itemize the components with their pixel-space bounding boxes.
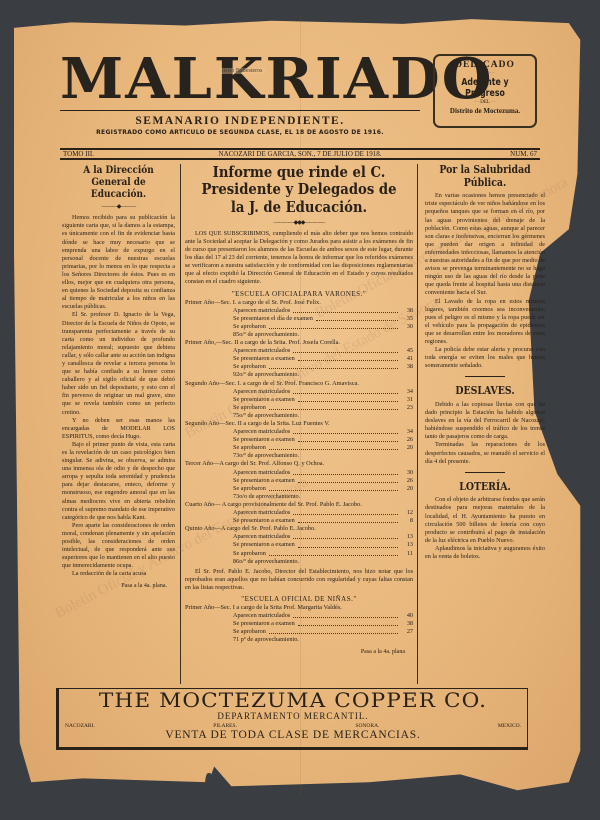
result-value: 30	[401, 323, 413, 331]
result-value: 20	[401, 444, 413, 452]
dedication-line-3: Adelante y Progreso	[446, 77, 524, 99]
result-label: Aparecen matriculados	[233, 307, 290, 315]
grade-section: Primer Año,—Sec. II a cargo de la Srita.…	[185, 339, 413, 379]
result-row: Aparecen matriculados 13	[185, 533, 413, 541]
continued-note: Pasa a la 4a. plana	[185, 648, 413, 656]
result-value: 34	[401, 428, 413, 436]
percentage-line: 73o/º de aprovechamiento.	[185, 452, 413, 460]
left-column-article: A la Dirección General de Educación. ———…	[62, 164, 175, 684]
result-value: 30	[401, 469, 413, 477]
result-value: 8	[401, 517, 413, 525]
leader-dots	[298, 541, 398, 547]
leader-dots	[293, 533, 398, 539]
leader-dots	[269, 404, 398, 410]
result-row: Se presentaron el día de examen 35	[185, 315, 413, 323]
leader-dots	[293, 347, 398, 353]
section-heading: Primer Año—Sec. I a cargo de la Srita Pr…	[185, 604, 413, 612]
result-row: Aparecen matriculados 12	[185, 509, 413, 517]
ad-slogan: VENTA DE TODA CLASE DE MERCANCIAS.	[59, 729, 527, 741]
leader-dots	[293, 307, 398, 313]
boys-school-title: "ESCUELA OFICIALPARA VARONES."	[185, 290, 413, 298]
grade-section: Primer Año—Sec. I. a cargo de el Sr. Pro…	[185, 299, 413, 339]
ad-location: NACOZARI.	[65, 723, 95, 729]
result-value: 35	[401, 315, 413, 323]
torn-damage	[548, 285, 600, 435]
leader-dots	[298, 396, 398, 402]
article-paragraph: El Lavado de la ropa en estos mismos lug…	[425, 298, 545, 347]
result-label: Se presentaron a examen	[233, 620, 295, 628]
leader-dots	[293, 388, 398, 394]
article-paragraph: Debido a las copiosas lluvias con que ha…	[425, 401, 545, 441]
ornament-divider: ————◆◆◆————	[185, 219, 413, 227]
result-label: Se aprobaron	[233, 485, 266, 493]
result-row: Se aprobaron 38	[185, 363, 413, 371]
result-label: Se presentaron a examen	[233, 396, 295, 404]
result-value: 31	[401, 396, 413, 404]
report-note: El Sr. Prof. Pablo E. Jacobo, Director d…	[185, 568, 413, 592]
article-paragraph: El Sr. profesor D. Ignacio de la Vega, D…	[62, 311, 175, 416]
result-row: Aparecen matriculados 40	[185, 612, 413, 620]
newspaper-title: MALKRIADO	[60, 48, 427, 110]
result-value: 11	[401, 550, 413, 558]
result-label: Se aprobaron	[233, 628, 266, 636]
leader-dots	[298, 620, 398, 626]
dedication-box: DEDICADO · · AL · · Adelante y Progreso …	[433, 54, 537, 128]
leader-dots	[293, 428, 398, 434]
result-label: Aparecen matriculados	[233, 428, 290, 436]
article-paragraph: Con el objeto de arbitrarse fondos que s…	[425, 496, 545, 545]
dedication-line-5: Distrito de Moctezuma.	[435, 107, 535, 115]
moctezuma-copper-ad: THE MOCTEZUMA COPPER CO. DEPARTAMENTO ME…	[56, 688, 528, 750]
leader-dots	[269, 485, 398, 491]
issue-number: NUM. 67	[510, 150, 537, 158]
grade-section: Segundo Año—Sec. I. a cargo de el Sr. Pr…	[185, 380, 413, 420]
leader-dots	[269, 628, 398, 634]
result-value: 27	[401, 628, 413, 636]
article-paragraph: Bajo el primer punto de vista, esta cart…	[62, 441, 175, 522]
result-row: Aparecen matriculados 38	[185, 307, 413, 315]
result-row: Se presentaron a examen 26	[185, 436, 413, 444]
result-row: Se aprobaron 27	[185, 628, 413, 636]
result-row: Se aprobaron 30	[185, 323, 413, 331]
dedication-line-4: · · DEL · ·	[435, 100, 535, 105]
section-divider	[465, 472, 505, 473]
article-paragraph: Y no deben ser esas manos las encargadas…	[62, 417, 175, 441]
result-row: Se presentaron a examen 13	[185, 541, 413, 549]
center-article-headline: Informe que rinde el C. Presidente y Del…	[199, 164, 400, 216]
percentage-line: 71 pº de aprovechamiento.	[185, 636, 413, 644]
leader-dots	[298, 355, 398, 361]
percentage-line: 92o/º de aprovechamiento.	[185, 371, 413, 379]
result-row: Se aprobaron 11	[185, 550, 413, 558]
subtitle-text: SEMANARIO INDEPENDIENTE.	[60, 115, 420, 127]
result-label: Aparecen matriculados	[233, 509, 290, 517]
ad-locations: NACOZARI. PILARES. SONORA. MEXICO.	[59, 721, 527, 729]
leader-dots	[298, 436, 398, 442]
result-value: 12	[401, 509, 413, 517]
leader-dots	[293, 612, 398, 618]
loteria-headline: LOTERÍA.	[434, 481, 536, 494]
center-column-report: Informe que rinde el C. Presidente y Del…	[180, 164, 418, 684]
result-value: 23	[401, 404, 413, 412]
result-value: 38	[401, 620, 413, 628]
section-heading: Segundo Año—Sec. II a cargo de la Srita.…	[185, 420, 413, 428]
section-heading: Cuarto Año— A cargo provisionalmente del…	[185, 501, 413, 509]
result-label: Se aprobaron	[233, 404, 266, 412]
percentage-line: 85o/º de aprovechamiento.	[185, 331, 413, 339]
leader-dots	[298, 517, 398, 523]
article-paragraph: Terminadas las reparaciones de los despe…	[425, 441, 545, 465]
result-label: Se presentaron el día de examen	[233, 315, 313, 323]
result-row: Aparecen matriculados 45	[185, 347, 413, 355]
result-label: Aparecen matriculados	[233, 347, 290, 355]
result-label: Se presentaron a examen	[233, 541, 295, 549]
section-heading: Segundo Año—Sec. I. a cargo de el Sr. Pr…	[185, 380, 413, 388]
section-heading: Primer Año,—Sec. II a cargo de la Srita.…	[185, 339, 413, 347]
leader-dots	[293, 469, 398, 475]
result-value: 26	[401, 436, 413, 444]
result-label: Se presentaron a examen	[233, 436, 295, 444]
grade-section: Quinto Año—A cargo del Sr. Prof. Pablo E…	[185, 525, 413, 565]
leader-dots	[269, 550, 398, 556]
ornament-divider: ———◆———	[62, 203, 175, 211]
article-paragraph: Pero aparte las consideraciones de orden…	[62, 522, 175, 571]
result-label: Se presentaron a examen	[233, 477, 295, 485]
volume-label: TOMO III.	[63, 150, 94, 158]
ad-department: DEPARTAMENTO MERCANTIL.	[59, 711, 527, 721]
leader-dots	[269, 323, 398, 329]
article-paragraph: Hemos recibido para su publicación la si…	[62, 214, 175, 311]
leader-dots	[269, 444, 398, 450]
article-paragraph: La redacción de la carta acusa	[62, 570, 175, 578]
leader-dots	[298, 477, 398, 483]
result-row: Se aprobaron 23	[185, 404, 413, 412]
result-label: Aparecen matriculados	[233, 388, 290, 396]
girls-results-table: Primer Año—Sec. I a cargo de la Srita Pr…	[185, 604, 413, 644]
result-label: Se aprobaron	[233, 323, 266, 331]
result-value: 20	[401, 485, 413, 493]
dedication-line-2: · · AL · ·	[435, 71, 535, 76]
result-row: Aparecen matriculados 30	[185, 469, 413, 477]
result-row: Se presentaron a examen 41	[185, 355, 413, 363]
article-paragraph: En varias ocasiones hemos presenciado el…	[425, 192, 545, 297]
girls-school-title: "ESCUELA OFICIAL DE NIÑAS."	[185, 595, 413, 603]
percentage-line: 75o/º de aprovechamiento.	[185, 412, 413, 420]
result-label: Aparecen matriculados	[233, 612, 290, 620]
section-divider	[465, 376, 505, 377]
result-label: Se aprobaron	[233, 363, 266, 371]
percentage-line: 73o/o de aprovechamiento.	[185, 493, 413, 501]
place-date: NACOZARI DE GARCIA, SON., 7 DE JULIO DE …	[180, 150, 420, 159]
result-label: Se presentaron a examen	[233, 517, 295, 525]
result-label: Aparecen matriculados	[233, 533, 290, 541]
result-label: Se aprobaron	[233, 444, 266, 452]
ad-location: MEXICO.	[498, 723, 521, 729]
section-heading: Quinto Año—A cargo del Sr. Prof. Pablo E…	[185, 525, 413, 533]
result-value: 13	[401, 533, 413, 541]
result-value: 45	[401, 347, 413, 355]
grade-section: Primer Año—Sec. I a cargo de la Srita Pr…	[185, 604, 413, 644]
result-row: Se aprobaron 20	[185, 485, 413, 493]
grade-section: Tercer Año—A cargo del Sr. Prof. Alfonso…	[185, 460, 413, 500]
result-row: Aparecen matriculados 34	[185, 428, 413, 436]
salubridad-headline: Por la Salubridad Pública.	[434, 164, 536, 189]
dateline-bar: TOMO III. NACOZARI DE GARCIA, SON., 7 DE…	[60, 148, 540, 160]
boys-results-table: Primer Año—Sec. I. a cargo de el Sr. Pro…	[185, 299, 413, 566]
report-intro: LOS QUE SUBSCRIBIMOS, cumpliendo el más …	[185, 230, 413, 287]
registration-text: REGISTRADO COMO ARTICULO DE SEGUNDA CLAS…	[60, 129, 420, 136]
result-label: Se presentaron a examen	[233, 355, 295, 363]
dedication-line-1: DEDICADO	[435, 60, 535, 70]
result-value: 38	[401, 363, 413, 371]
masthead-stamp-overlay: derio Ballesteros	[220, 68, 265, 74]
section-heading: Primer Año—Sec. I. a cargo de el Sr. Pro…	[185, 299, 413, 307]
grade-section: Segundo Año—Sec. II a cargo de la Srita.…	[185, 420, 413, 460]
result-row: Se presentaron a examen 26	[185, 477, 413, 485]
article-paragraph: Aplaudimos la iniciativa y auguramos éxi…	[425, 545, 545, 561]
result-row: Se presentaron a examen 31	[185, 396, 413, 404]
leader-dots	[316, 315, 398, 321]
left-article-headline: A la Dirección General de Educación.	[70, 164, 166, 200]
result-value: 41	[401, 355, 413, 363]
result-row: Se presentaron a examen 38	[185, 620, 413, 628]
torn-damage	[205, 773, 213, 803]
result-value: 38	[401, 307, 413, 315]
result-value: 40	[401, 612, 413, 620]
deslaves-headline: DESLAVES.	[434, 385, 536, 398]
percentage-line: 86o/º de aprovechamiento.	[185, 558, 413, 566]
ad-company-name: THE MOCTEZUMA COPPER CO.	[40, 689, 545, 711]
article-paragraph: La policía debe estar alerta y procurar …	[425, 346, 545, 370]
result-value: 34	[401, 388, 413, 396]
result-row: Se aprobaron 20	[185, 444, 413, 452]
continued-note: Pasa a la 4a. plana.	[62, 582, 175, 590]
result-value: 26	[401, 477, 413, 485]
masthead: MALKRIADO derio Ballesteros	[60, 48, 420, 110]
result-value: 13	[401, 541, 413, 549]
result-row: Se presentaron a examen 8	[185, 517, 413, 525]
grade-section: Cuarto Año— A cargo provisionalmente del…	[185, 501, 413, 525]
right-column: Por la Salubridad Pública. En varias oca…	[425, 164, 545, 684]
section-heading: Tercer Año—A cargo del Sr. Prof. Alfonso…	[185, 460, 413, 468]
result-row: Aparecen matriculados 34	[185, 388, 413, 396]
leader-dots	[293, 509, 398, 515]
masthead-subtitle: SEMANARIO INDEPENDIENTE. REGISTRADO COMO…	[60, 110, 420, 136]
result-label: Aparecen matriculados	[233, 469, 290, 477]
result-label: Se aprobaron	[233, 550, 266, 558]
leader-dots	[269, 363, 398, 369]
